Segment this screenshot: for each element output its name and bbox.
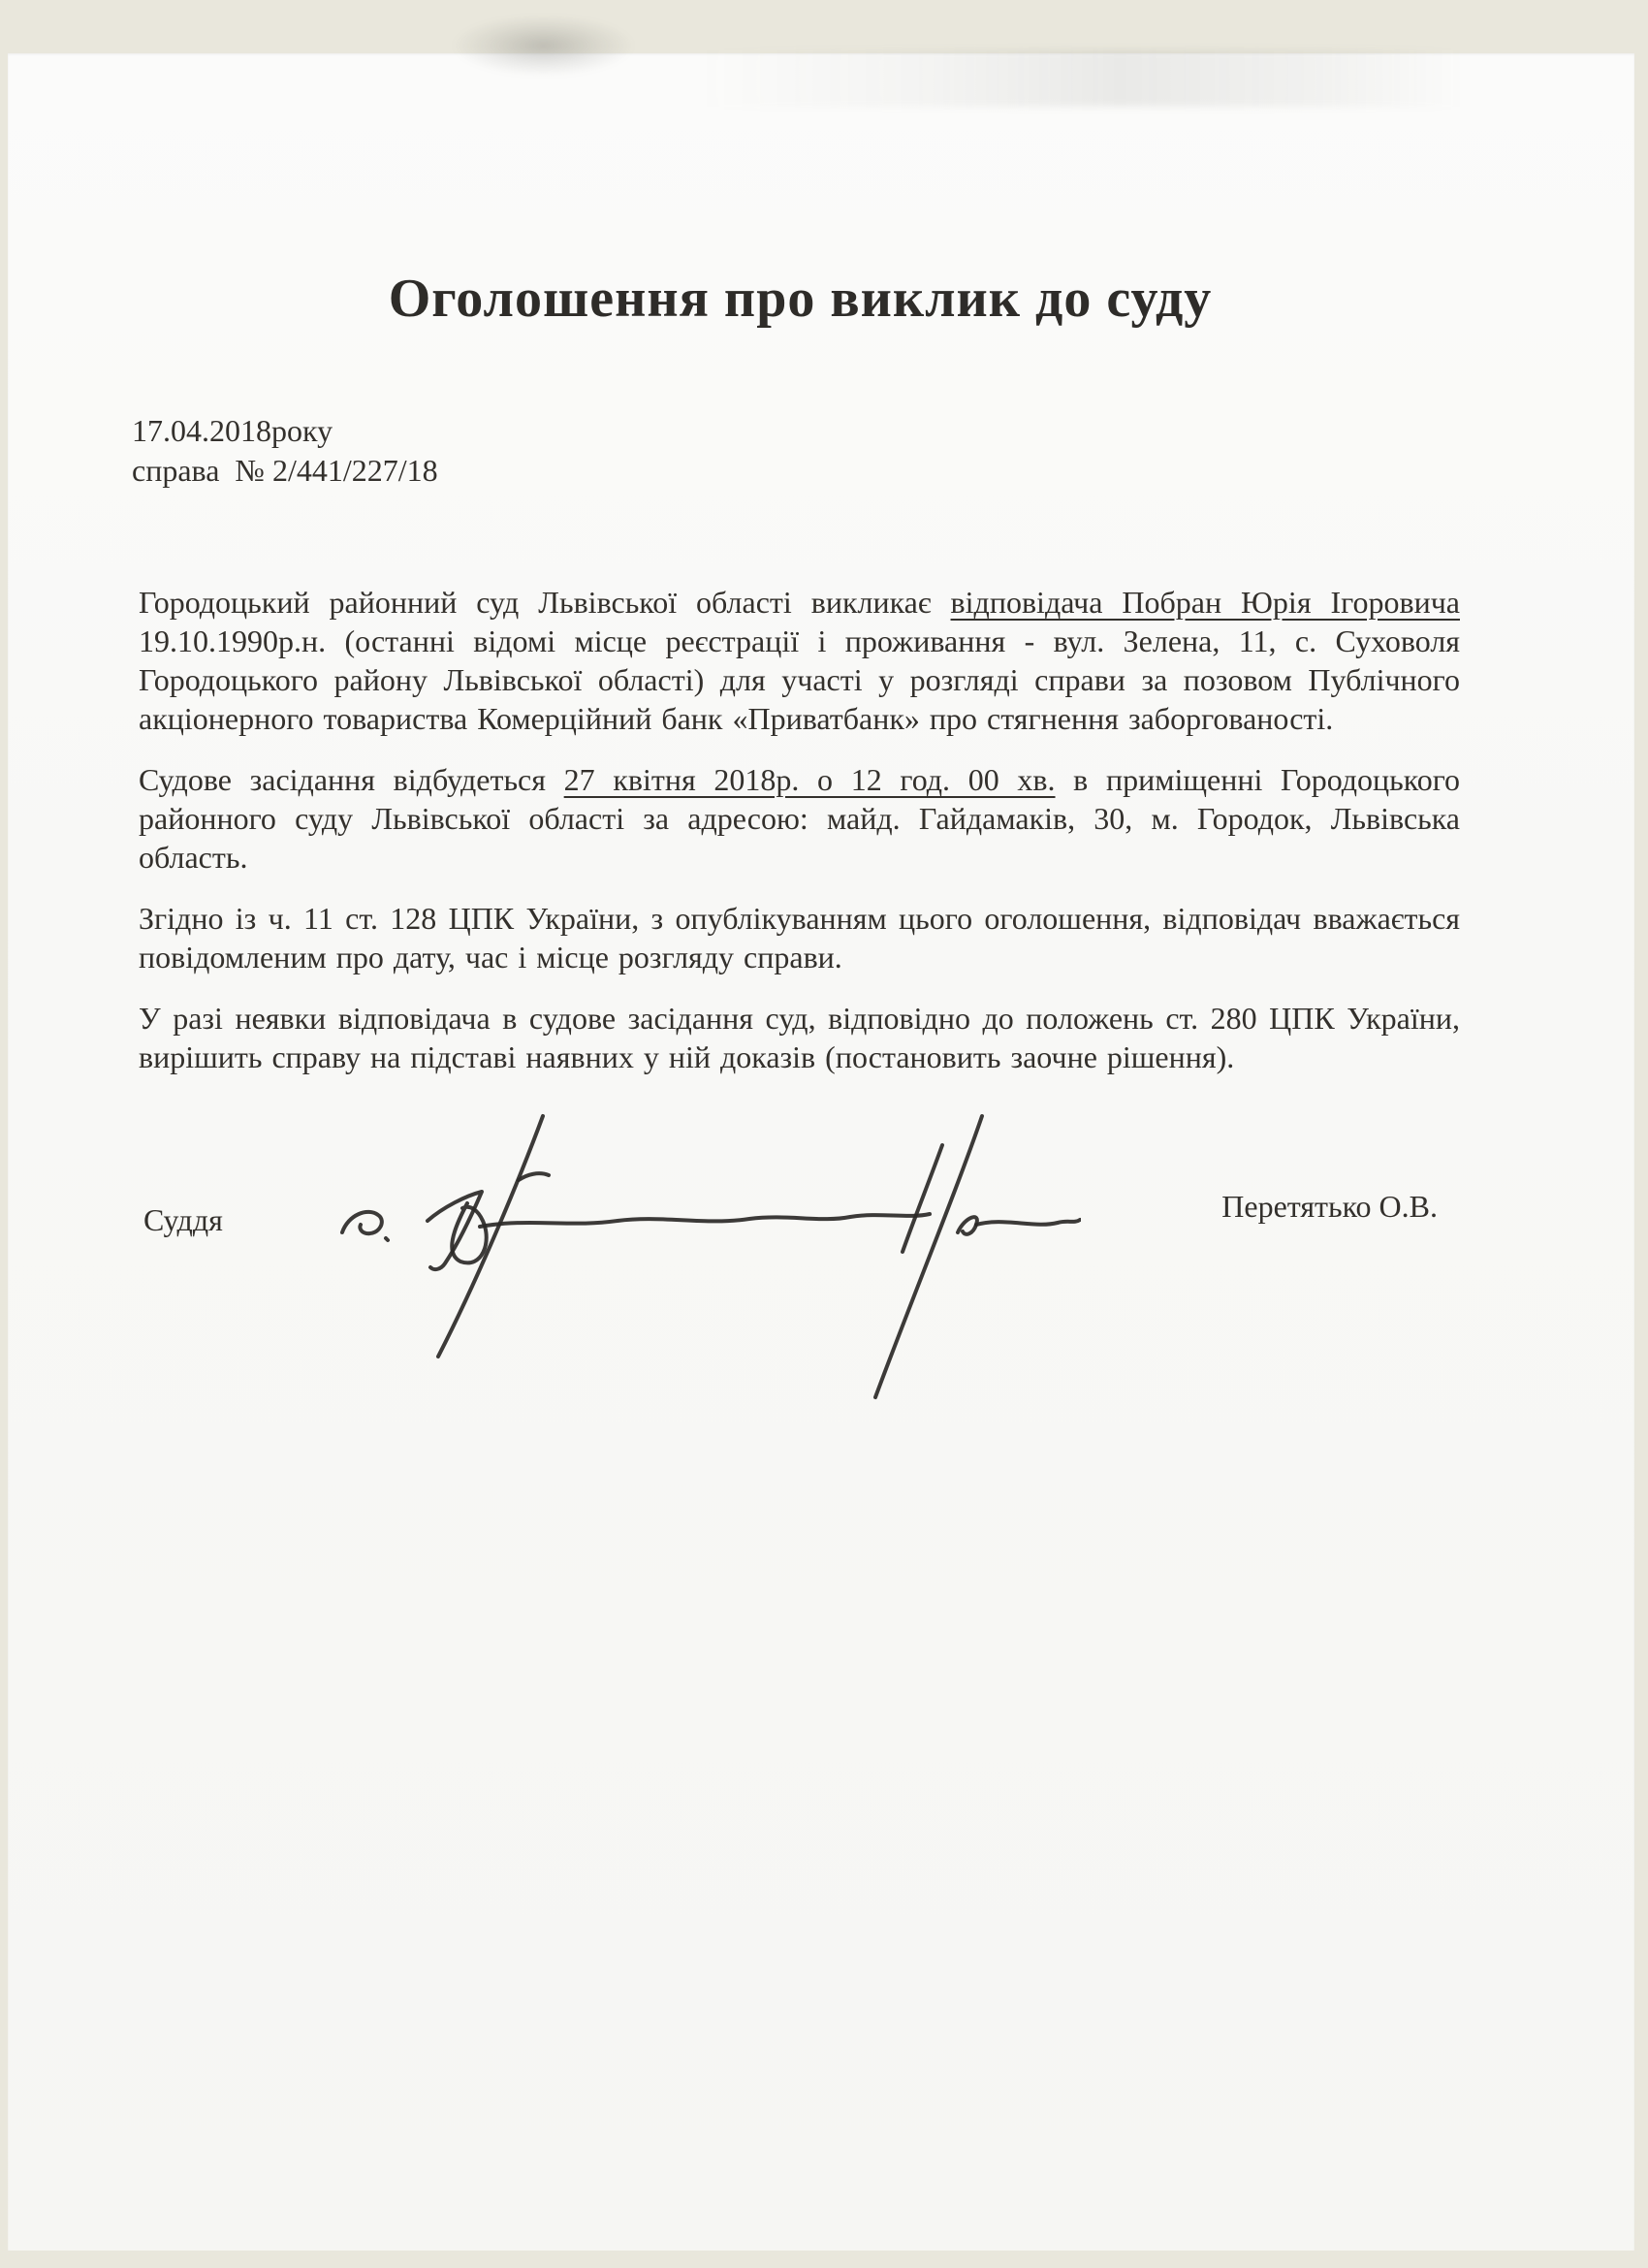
- hearing-datetime-underlined: 27 квітня 2018р. о 12 год. 00 хв.: [564, 762, 1056, 797]
- document-title: Оголошення про виклик до суду: [139, 268, 1462, 330]
- document-body: Городоцький районний суд Львівської обла…: [139, 583, 1460, 1099]
- judge-signature: [334, 1110, 1081, 1421]
- paragraph-hearing: Судове засідання відбудеться 27 квітня 2…: [139, 760, 1460, 877]
- date-case-block: 17.04.2018рокусправа № 2/441/227/18: [132, 411, 438, 491]
- judge-name: Перетятько О.В.: [1221, 1189, 1438, 1225]
- paragraph-text: Городоцький районний суд Львівської обла…: [139, 585, 951, 620]
- defendant-name-underlined: відповідача Побран Юрія Ігоровича: [951, 585, 1460, 620]
- scanned-court-document: { "doc": { "title": "Оголошення про викл…: [0, 0, 1648, 2268]
- case-number-line: справа № 2/441/227/18: [132, 451, 438, 491]
- paragraph-consequences: У разі неявки відповідача в судове засід…: [139, 999, 1460, 1076]
- scan-smudge: [454, 16, 633, 76]
- scan-smudge: [698, 50, 1464, 107]
- judge-role-label: Суддя: [143, 1202, 223, 1237]
- date-line: 17.04.2018року: [132, 411, 438, 451]
- paragraph-legal-notice: Згідно із ч. 11 ст. 128 ЦПК України, з о…: [139, 899, 1460, 976]
- paragraph-summons: Городоцький районний суд Львівської обла…: [139, 583, 1460, 738]
- paragraph-text: Судове засідання відбудеться: [139, 762, 564, 797]
- paragraph-text: 19.10.1990р.н. (останні відомі місце реє…: [139, 623, 1460, 736]
